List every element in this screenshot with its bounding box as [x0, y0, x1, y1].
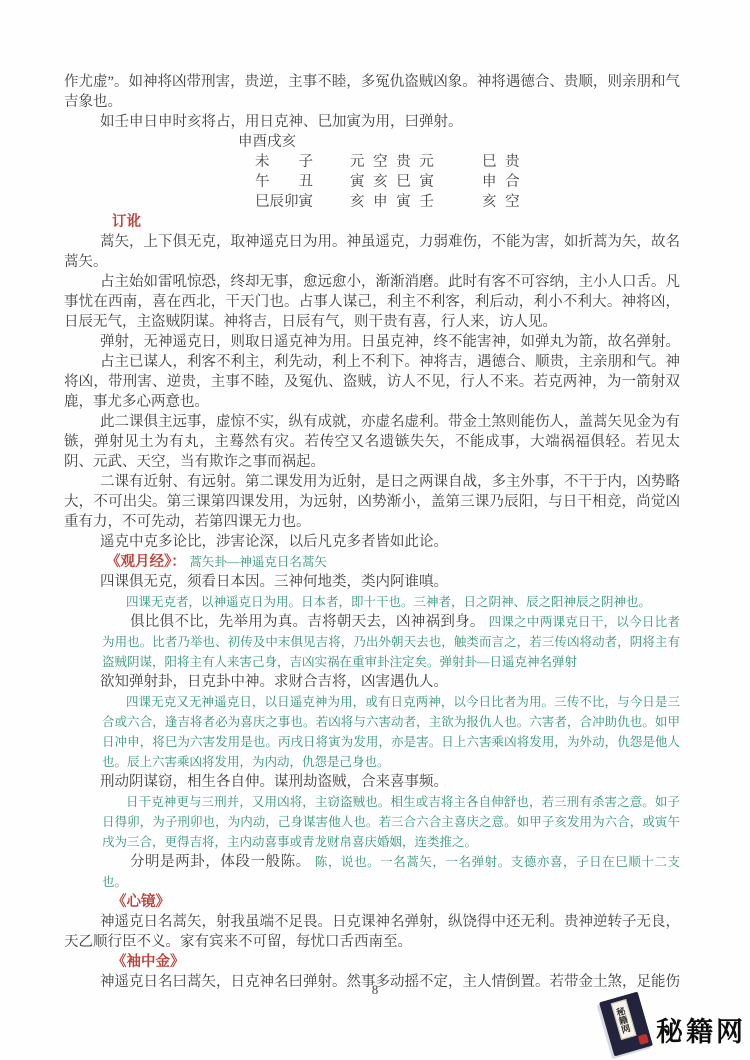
diagram-top-row: 申酉戌亥	[238, 132, 680, 152]
commentary-note: 四课无克又无神遥克日，以日遥克神为用，或有日克两神，以今日比者为用。三传不比，与…	[102, 692, 680, 772]
watermark-site-name: 秘籍网	[656, 1019, 746, 1046]
verse-with-note: 俱比俱不比，先举用为真。吉将朝天去，凶神祸到身。 四课之中两课克日干，以今日比者…	[102, 612, 680, 672]
watermark: 秘籍网 秘籍网	[606, 996, 746, 1054]
section-heading-guanyuejing: 《观月经》： 蒿矢卦—神遥克日名蒿矢	[64, 552, 680, 572]
watermark-book-icon: 秘籍网	[599, 992, 653, 1057]
commentary-note: 日干克神更与三刑并，又用凶将，主窃盗贼也。相生或吉将主各自伸舒也，若三刑有杀害之…	[102, 792, 680, 852]
paragraph: 蒿矢，上下俱无克，取神遥克日为用。神虽遥克，力弱难伤，不能为害，如折蒿为矢，故名…	[64, 232, 680, 272]
verse-line: 刑动阴谋窃，相生各自伸。谋刑劫盗贼，合来喜事频。	[64, 772, 680, 792]
verse-line: 四课俱无克，须看日本因。三神何地类，类内阿谁嗔。	[64, 572, 680, 592]
paragraph: 作尤虚”。如神将凶带刑害，贵逆，主事不睦，多冤仇盗贼凶象。神将遇德合、贵顺，则亲…	[64, 72, 680, 112]
verse-line: 欲知弹射卦，日克卦中神。求财合吉将，凶害遇仇人。	[64, 672, 680, 692]
body-text: 作尤虚”。如神将凶带刑害，贵逆，主事不睦，多冤仇盗贼凶象。神将遇德合、贵顺，则亲…	[64, 72, 680, 992]
paragraph: 此二课俱主远事，虚惊不实，纵有成就，亦虚名虚利。带金土煞则能伤人，盖蒿矢见金为有…	[64, 412, 680, 472]
section-heading-xiuzhongjin: 《袖中金》	[64, 952, 680, 972]
verse-with-note: 分明是两卦，体段一般陈。 陈，说也。一名蒿矢，一名弹射。支德亦喜，子日在巳顺十二…	[102, 852, 680, 892]
paragraph: 弹射，无神遥克日，则取日遥克神为用。日虽克神，终不能害神，如弹丸为箭，故名弹射。	[64, 332, 680, 352]
diagram: 申酉戌亥 未子 元 空 贵 元 巳 贵 午丑 寅 亥 巳 寅 申 合 巳辰卯寅 …	[238, 132, 680, 212]
seal-icon	[638, 1034, 649, 1045]
paragraph: 遥克中克多论比，涉害论深，以后凡克多者皆如此论。	[64, 532, 680, 552]
diagram-row: 午丑 寅 亥 巳 寅 申 合	[238, 172, 680, 192]
paragraph: 占主已谋人，利客不利主，利先动，利上不利下。神将吉，遇德合、顺贵，主亲朋和气。神…	[64, 352, 680, 412]
diagram-row: 未子 元 空 贵 元 巳 贵	[238, 152, 680, 172]
diagram-row: 巳辰卯寅 亥 申 寅 壬 亥 空	[238, 192, 680, 212]
document-page: 作尤虚”。如神将凶带刑害，贵逆，主事不睦，多冤仇盗贼凶象。神将遇德合、贵顺，则亲…	[0, 0, 750, 1060]
commentary-note: 蒿矢卦—神遥克日名蒿矢	[189, 555, 327, 569]
paragraph: 如壬申日申时亥将占，用日克神、巳加寅为用，曰弹射。	[64, 112, 680, 132]
paragraph: 二课有近射、有远射。第二课发用为近射，是日之两课自战，多主外事，不干于内，凶势略…	[64, 472, 680, 532]
section-heading-dingwei: 订讹	[64, 212, 680, 232]
commentary-note: 四课无克者，以神遥克日为用。日本者，即十干也。三神者，日之阴神、辰之阳神辰之阴神…	[102, 592, 680, 612]
book-cover-label: 秘籍网	[611, 999, 637, 1040]
section-heading-xinjing: 《心镜》	[64, 892, 680, 912]
paragraph: 神遥克日名蒿矢，射我虽端不足畏。日克课神名弹射，纵饶得中还无利。贵神逆转子无良，…	[64, 912, 680, 952]
paragraph: 占主始如雷吼惊恐，终却无事，愈远愈小，渐渐消磨。此时有客不可容纳，主小人口舌。凡…	[64, 272, 680, 332]
